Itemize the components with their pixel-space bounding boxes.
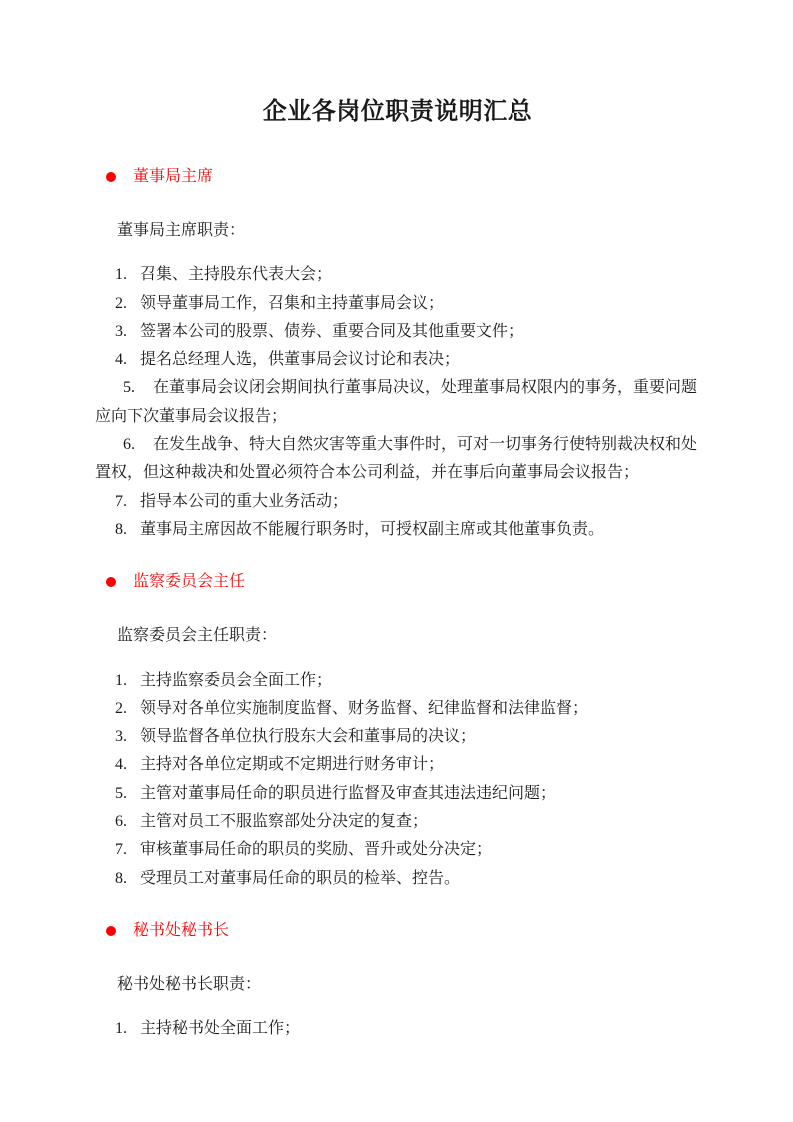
section-secretariat-secretary-general: 秘书处秘书长 秘书处秘书长职责： 1. 主持秘书处全面工作； [95, 917, 700, 1044]
list-item-text: 主管对董事局任命的职员进行监督及审查其违法违纪问题； [140, 785, 556, 802]
list-item-number: 4. [115, 346, 127, 374]
list-item-number: 6. [123, 436, 135, 453]
list-item-text: 领导监督各单位执行股东大会和董事局的决议； [140, 728, 476, 745]
list-item: 6.在发生战争、特大自然灾害等重大事件时，可对一切事务行使特别裁决权和处置权，但… [95, 431, 700, 488]
document-title: 企业各岗位职责说明汇总 [95, 97, 700, 127]
section-intro: 董事局主席职责： [95, 217, 700, 245]
list-item-text: 召集、主持股东代表大会； [140, 266, 332, 283]
list-item: 5. 主管对董事局任命的职员进行监督及审查其违法违纪问题； [95, 780, 700, 808]
list-item-number: 7. [115, 836, 127, 864]
list-item: 8. 董事局主席因故不能履行职务时，可授权副主席或其他董事负责。 [95, 516, 700, 544]
list-item-text: 签署本公司的股票、债券、重要合同及其他重要文件； [140, 323, 524, 340]
list-item: 1. 主持监察委员会全面工作； [95, 667, 700, 695]
list-item-text: 审核董事局任命的职员的奖励、晋升或处分决定； [140, 841, 492, 858]
list-item: 6. 主管对员工不服监察部处分决定的复查； [95, 808, 700, 836]
list-item-number: 5. [123, 379, 135, 396]
list-item-text: 主持秘书处全面工作； [140, 1020, 300, 1037]
list-item: 7. 指导本公司的重大业务活动； [95, 488, 700, 516]
list-item-number: 3. [115, 318, 127, 346]
list-item: 7. 审核董事局任命的职员的奖励、晋升或处分决定； [95, 836, 700, 864]
list-item: 4. 主持对各单位定期或不定期进行财务审计； [95, 751, 700, 779]
list-item-text: 主管对员工不服监察部处分决定的复查； [140, 813, 428, 830]
list-item-number: 8. [115, 516, 127, 544]
list-item-number: 7. [115, 488, 127, 516]
list-item-number: 6. [115, 808, 127, 836]
list-item-text: 提名总经理人选，供董事局会议讨论和表决； [140, 351, 460, 368]
list-item-text: 在发生战争、特大自然灾害等重大事件时，可对一切事务行使特别裁决权和处置权，但这种… [95, 436, 697, 481]
document-page: 企业各岗位职责说明汇总 董事局主席 董事局主席职责： 1. 召集、主持股东代表大… [0, 0, 793, 1122]
list-item: 3. 签署本公司的股票、债券、重要合同及其他重要文件； [95, 318, 700, 346]
list-item: 2. 领导董事局工作，召集和主持董事局会议； [95, 290, 700, 318]
list-item-text: 受理员工对董事局任命的职员的检举、控告。 [140, 870, 460, 887]
section-heading: 董事局主席 [133, 163, 213, 191]
list-item: 3. 领导监督各单位执行股东大会和董事局的决议； [95, 723, 700, 751]
list-item-text: 主持对各单位定期或不定期进行财务审计； [140, 756, 444, 773]
section-heading: 秘书处秘书长 [133, 917, 229, 945]
list-item-text: 主持监察委员会全面工作； [140, 672, 332, 689]
list-item: 2. 领导对各单位实施制度监督、财务监督、纪律监督和法律监督； [95, 695, 700, 723]
list-item-text: 领导对各单位实施制度监督、财务监督、纪律监督和法律监督； [140, 700, 588, 717]
bullet-icon [106, 172, 116, 182]
bullet-icon [106, 577, 116, 587]
section-intro: 监察委员会主任职责： [95, 622, 700, 650]
list-item-text: 指导本公司的重大业务活动； [140, 493, 348, 510]
list-item: 1. 主持秘书处全面工作； [95, 1015, 700, 1043]
section-board-chairman: 董事局主席 董事局主席职责： 1. 召集、主持股东代表大会； 2. 领导董事局工… [95, 163, 700, 544]
list-item-number: 3. [115, 723, 127, 751]
section-supervisory-committee-director: 监察委员会主任 监察委员会主任职责： 1. 主持监察委员会全面工作； 2. 领导… [95, 568, 700, 893]
list-item: 5.在董事局会议闭会期间执行董事局决议，处理董事局权限内的事务，重要问题应向下次… [95, 374, 700, 431]
section-intro: 秘书处秘书长职责： [95, 971, 700, 999]
list-item-number: 1. [115, 1015, 127, 1043]
list-item-number: 8. [115, 865, 127, 893]
section-heading: 监察委员会主任 [133, 568, 245, 596]
list-item: 4. 提名总经理人选，供董事局会议讨论和表决； [95, 346, 700, 374]
list-item-number: 2. [115, 290, 127, 318]
list-item-number: 2. [115, 695, 127, 723]
list-item: 1. 召集、主持股东代表大会； [95, 261, 700, 289]
list-item-number: 1. [115, 261, 127, 289]
section-heading-row: 董事局主席 [95, 163, 700, 191]
list-item-text: 领导董事局工作，召集和主持董事局会议； [140, 295, 444, 312]
list-item-text: 在董事局会议闭会期间执行董事局决议，处理董事局权限内的事务，重要问题应向下次董事… [95, 379, 697, 424]
list-item-number: 1. [115, 667, 127, 695]
bullet-icon [106, 926, 116, 936]
section-heading-row: 监察委员会主任 [95, 568, 700, 596]
section-heading-row: 秘书处秘书长 [95, 917, 700, 945]
list-item: 8. 受理员工对董事局任命的职员的检举、控告。 [95, 865, 700, 893]
list-item-number: 5. [115, 780, 127, 808]
list-item-number: 4. [115, 751, 127, 779]
list-item-text: 董事局主席因故不能履行职务时，可授权副主席或其他董事负责。 [140, 521, 604, 538]
